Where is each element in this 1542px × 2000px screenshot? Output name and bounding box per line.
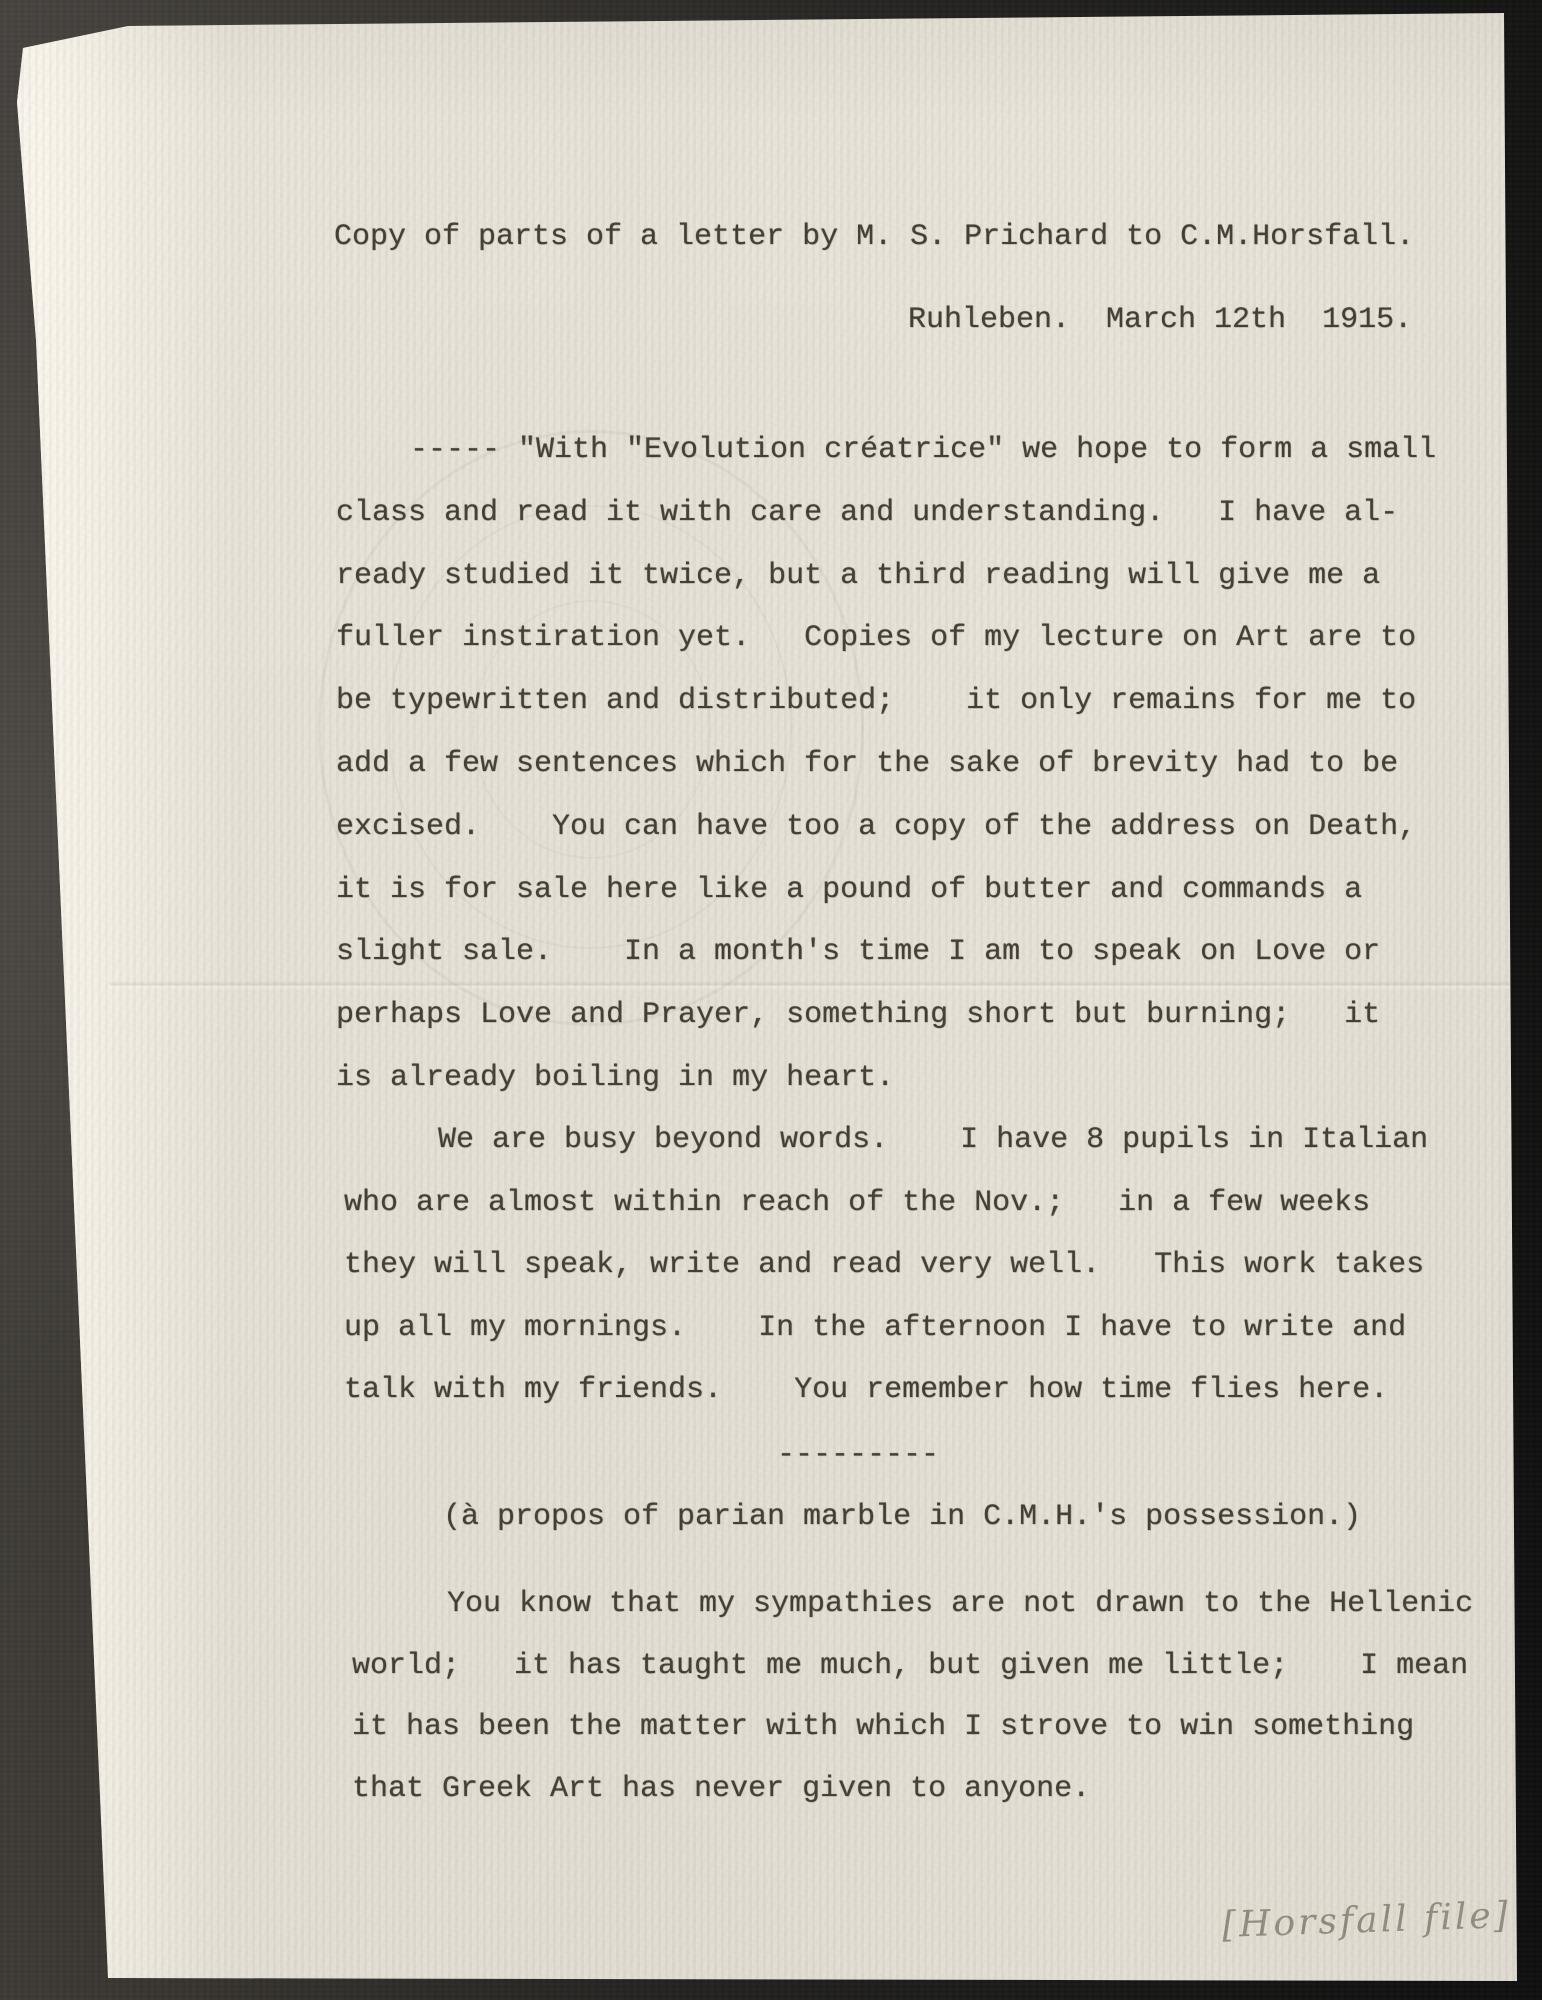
letter-line: who are almost within reach of the Nov.;… — [344, 1172, 1428, 1235]
letter-line: fuller instiration yet. Copies of my lec… — [336, 607, 1436, 670]
letter-paragraph-2: We are busy beyond words. I have 8 pupil… — [344, 1109, 1428, 1422]
letter-line: it has been the matter with which I stro… — [352, 1697, 1473, 1759]
parenthetical-note: (à propos of parian marble in C.M.H.'s p… — [443, 1486, 1361, 1549]
letter-line: perhaps Love and Prayer, something short… — [336, 984, 1436, 1047]
paper-edge-highlight — [0, 0, 235, 2000]
letter-heading: Copy of parts of a letter by M. S. Prich… — [334, 206, 1414, 269]
letter-line: is already boiling in my heart. — [336, 1047, 1436, 1110]
letter-line: slight sale. In a month's time I am to s… — [336, 921, 1436, 984]
letter-line: excised. You can have too a copy of the … — [336, 796, 1436, 859]
letter-line: ----- "With "Evolution créatrice" we hop… — [336, 419, 1436, 482]
letter-paragraph-1: ----- "With "Evolution créatrice" we hop… — [336, 419, 1436, 1110]
letter-line: be typewritten and distributed; it only … — [336, 670, 1436, 733]
letter-line: talk with my friends. You remember how t… — [344, 1359, 1428, 1422]
letter-dateline: Ruhleben. March 12th 1915. — [908, 289, 1412, 352]
letter-line: We are busy beyond words. I have 8 pupil… — [344, 1109, 1428, 1172]
scanned-letter-photo: Copy of parts of a letter by M. S. Prich… — [0, 0, 1542, 2000]
letter-line: world; it has taught me much, but given … — [352, 1636, 1473, 1698]
letter-paper: Copy of parts of a letter by M. S. Prich… — [0, 0, 1542, 2000]
letter-line: ready studied it twice, but a third read… — [336, 545, 1436, 608]
letter-line: up all my mornings. In the afternoon I h… — [344, 1297, 1428, 1360]
letter-line: You know that my sympathies are not draw… — [352, 1574, 1473, 1636]
letter-line: that Greek Art has never given to anyone… — [352, 1759, 1473, 1821]
letter-paragraph-3: You know that my sympathies are not draw… — [352, 1574, 1473, 1820]
letter-line: they will speak, write and read very wel… — [344, 1234, 1428, 1297]
letter-line: add a few sentences which for the sake o… — [336, 733, 1436, 796]
pencil-annotation-horsfall-file: [Horsfall file] — [1221, 1893, 1511, 1949]
letter-line: it is for sale here like a pound of butt… — [336, 859, 1436, 922]
section-separator-dashes: --------- — [777, 1424, 939, 1487]
letter-line: class and read it with care and understa… — [336, 482, 1436, 545]
